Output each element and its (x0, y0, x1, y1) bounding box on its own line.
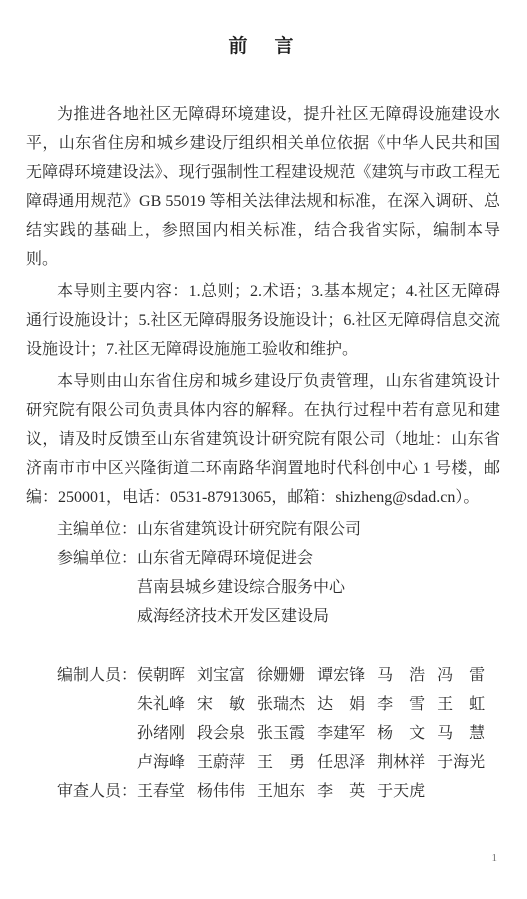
person-name: 卢海峰 (137, 748, 185, 777)
person-name: 朱礼峰 (137, 690, 185, 719)
compilers-list: 侯朝晖刘宝富徐姗姗谭宏锋马 浩冯 雷朱礼峰宋 敏张瑞杰达 娟李 雪王 虹孙绪刚段… (137, 661, 500, 777)
person-name: 于天虎 (377, 777, 425, 806)
person-name: 杨 文 (377, 719, 425, 748)
person-name: 李 雪 (377, 690, 425, 719)
units-section: 主编单位： 山东省建筑设计研究院有限公司 参编单位： 山东省无障碍环境促进会莒南… (26, 515, 500, 631)
chief-editor-row: 主编单位： 山东省建筑设计研究院有限公司 (26, 515, 500, 544)
person-name: 荆林祥 (377, 748, 425, 777)
reviewers-label: 审查人员： (57, 777, 137, 806)
person-name: 马 浩 (377, 661, 425, 690)
co-editor-unit: 山东省无障碍环境促进会 (137, 544, 500, 573)
document-page: 前 言 为推进各地社区无障碍环境建设，提升社区无障碍设施建设水平，山东省住房和城… (0, 0, 527, 899)
co-editors-row: 参编单位： 山东省无障碍环境促进会莒南县城乡建设综合服务中心威海经济技术开发区建… (26, 544, 500, 631)
person-name: 杨伟伟 (197, 777, 245, 806)
person-name: 冯 雷 (437, 661, 485, 690)
compilers-row: 编制人员： 侯朝晖刘宝富徐姗姗谭宏锋马 浩冯 雷朱礼峰宋 敏张瑞杰达 娟李 雪王… (26, 661, 500, 777)
co-editors-label: 参编单位： (57, 544, 137, 573)
page-title: 前 言 (26, 34, 500, 60)
person-name: 王 虹 (437, 690, 485, 719)
person-name: 王旭东 (257, 777, 305, 806)
person-name: 段会泉 (197, 719, 245, 748)
people-section: 编制人员： 侯朝晖刘宝富徐姗姗谭宏锋马 浩冯 雷朱礼峰宋 敏张瑞杰达 娟李 雪王… (26, 661, 500, 806)
paragraph-intro: 为推进各地社区无障碍环境建设，提升社区无障碍设施建设水平，山东省住房和城乡建设厅… (26, 100, 500, 274)
person-name: 宋 敏 (197, 690, 245, 719)
person-name: 侯朝晖 (137, 661, 185, 690)
reviewers-row: 审查人员： 王春堂杨伟伟王旭东李 英于天虎 (26, 777, 500, 806)
person-name: 李 英 (317, 777, 365, 806)
co-editors-list: 山东省无障碍环境促进会莒南县城乡建设综合服务中心威海经济技术开发区建设局 (137, 544, 500, 631)
chief-editor-label: 主编单位： (57, 515, 137, 544)
person-name: 张玉霞 (257, 719, 305, 748)
chief-editor-value: 山东省建筑设计研究院有限公司 (137, 515, 500, 544)
compiler-name-row: 侯朝晖刘宝富徐姗姗谭宏锋马 浩冯 雷 (137, 661, 500, 690)
person-name: 谭宏锋 (317, 661, 365, 690)
person-name: 于海光 (437, 748, 485, 777)
person-name: 刘宝富 (197, 661, 245, 690)
person-name: 马 慧 (437, 719, 485, 748)
compiler-name-row: 孙绪刚段会泉张玉霞李建军杨 文马 慧 (137, 719, 500, 748)
co-editor-unit: 威海经济技术开发区建设局 (137, 602, 500, 631)
person-name: 达 娟 (317, 690, 365, 719)
person-name: 徐姗姗 (257, 661, 305, 690)
person-name: 王蔚萍 (197, 748, 245, 777)
person-name: 张瑞杰 (257, 690, 305, 719)
compiler-name-row: 朱礼峰宋 敏张瑞杰达 娟李 雪王 虹 (137, 690, 500, 719)
reviewers-list: 王春堂杨伟伟王旭东李 英于天虎 (137, 777, 500, 806)
page-number: 1 (492, 851, 498, 865)
person-name: 王春堂 (137, 777, 185, 806)
paragraph-management: 本导则由山东省住房和城乡建设厅负责管理，山东省建筑设计研究院有限公司负责具体内容… (26, 367, 500, 512)
co-editor-unit: 莒南县城乡建设综合服务中心 (137, 573, 500, 602)
person-name: 王 勇 (257, 748, 305, 777)
compiler-name-row: 卢海峰王蔚萍王 勇任思泽荆林祥于海光 (137, 748, 500, 777)
person-name: 李建军 (317, 719, 365, 748)
person-name: 任思泽 (317, 748, 365, 777)
compilers-label: 编制人员： (57, 661, 137, 690)
person-name: 孙绪刚 (137, 719, 185, 748)
paragraph-contents: 本导则主要内容：1.总则；2.术语；3.基本规定；4.社区无障碍通行设施设计；5… (26, 277, 500, 364)
